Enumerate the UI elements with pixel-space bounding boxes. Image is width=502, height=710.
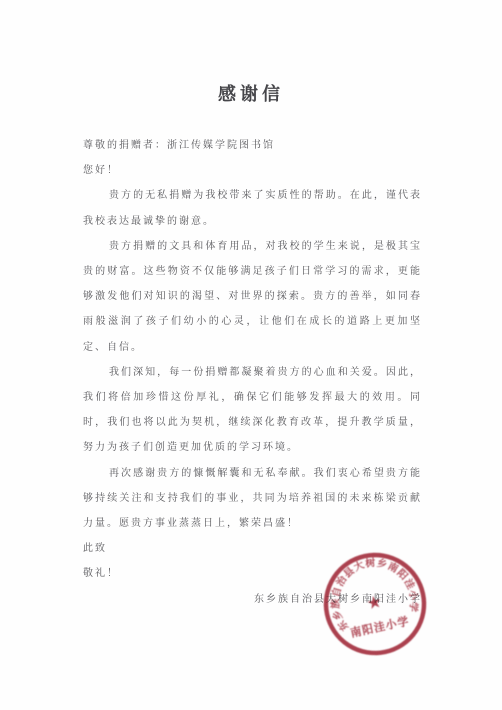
official-seal-stamp: 东乡族自治县大树乡南阳洼小学 ★ 南阳洼小学 xyxy=(311,540,439,668)
star-icon: ★ xyxy=(365,592,384,615)
paragraph-1: 贵方的无私捐赠为我校带来了实质性的帮助。在此，谨代表我校表达最诚挚的谢意。 xyxy=(83,183,422,233)
greeting-line: 您好！ xyxy=(83,158,422,183)
paragraph-2: 贵方捐赠的文具和体育用品，对我校的学生来说，是极其宝贵的财富。这些物资不仅能够满… xyxy=(83,234,422,360)
seal-center-text: 南阳洼小学 xyxy=(349,613,411,639)
letter-page: 感谢信 尊敬的捐赠者：浙江传媒学院图书馆 您好！ 贵方的无私捐赠为我校带来了实质… xyxy=(0,0,502,710)
salutation-line: 尊敬的捐赠者：浙江传媒学院图书馆 xyxy=(83,133,422,158)
seal-graphic: 东乡族自治县大树乡南阳洼小学 ★ 南阳洼小学 xyxy=(311,540,439,668)
paragraph-3: 我们深知，每一份捐赠都凝聚着贵方的心血和关爱。因此，我们将倍加珍惜这份厚礼，确保… xyxy=(83,360,422,461)
paragraph-4: 再次感谢贵方的慷慨解囊和无私奉献。我们衷心希望贵方能够持续关注和支持我们的事业，… xyxy=(83,461,422,537)
letter-body: 尊敬的捐赠者：浙江传媒学院图书馆 您好！ 贵方的无私捐赠为我校带来了实质性的帮助… xyxy=(83,133,422,612)
letter-title: 感谢信 xyxy=(0,80,502,106)
